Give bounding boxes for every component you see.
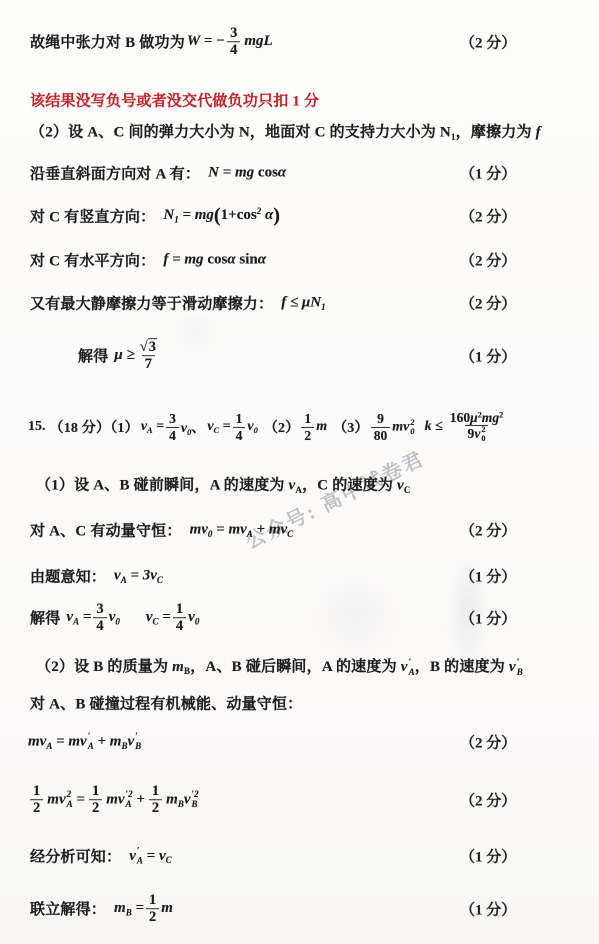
math-run: v0、 xyxy=(181,417,205,437)
frac-den: 2 xyxy=(30,800,43,817)
text-part: （2）设 B 的质量为 xyxy=(36,659,172,675)
sub: C xyxy=(157,575,163,585)
line-label: 经分析可知： xyxy=(30,846,121,867)
math-run: vA = xyxy=(141,419,164,435)
fraction: 34 xyxy=(227,25,240,59)
score-badge: （1 分） xyxy=(460,608,516,629)
line-text: 故绳中张力对 B 做功为 xyxy=(30,32,185,53)
math-part: mv xyxy=(28,733,46,749)
function-name: sin xyxy=(239,252,257,268)
frac-num: 3 xyxy=(166,411,179,426)
math-run: vA = xyxy=(66,610,91,627)
line-label: 由题意知： xyxy=(30,566,106,587)
score-badge: （2 分） xyxy=(460,732,516,753)
line-label: 联立解得： xyxy=(30,899,106,920)
paren-close: ) xyxy=(273,205,280,227)
function-name: cos xyxy=(237,207,257,223)
text-part: （3） xyxy=(333,417,369,437)
math-part: v xyxy=(509,659,516,675)
stack-bottom: A xyxy=(126,800,132,810)
math-part: v xyxy=(188,610,195,626)
fraction: 160μ2mg29v20 xyxy=(447,410,506,444)
math-run: m xyxy=(316,419,327,435)
line-text: 对 A、B 碰撞过程有机械能、动量守恒： xyxy=(30,693,302,714)
frac-den: 4 xyxy=(233,426,246,442)
math-part: mg xyxy=(482,410,499,425)
frac-den: 4 xyxy=(227,42,240,59)
frac-den: 4 xyxy=(93,618,106,635)
math-run: N1 = mg(1+cos2 α) xyxy=(163,205,280,228)
math-part: N xyxy=(163,207,174,223)
math-part: α xyxy=(258,252,266,268)
sub: C xyxy=(287,529,293,539)
frac-den: 7 xyxy=(142,356,155,373)
score-badge: （1 分） xyxy=(460,346,516,367)
score-badge: （1 分） xyxy=(460,899,516,920)
math-part: v xyxy=(397,478,404,494)
frac-num: 3 xyxy=(227,25,240,41)
math-run: k ≤ xyxy=(425,419,443,435)
sup-sub-stack: 20 xyxy=(481,426,485,444)
note-text: 该结果没写负号或者没交代做负功只扣 1 分 xyxy=(30,90,319,111)
math-run: f ≤ μN1 xyxy=(281,295,325,312)
math-part: = xyxy=(159,610,171,626)
math-run: vC = xyxy=(207,419,230,435)
answer-sheet-page: 公众号: 高中试卷君 故绳中张力对 B 做功为W = −34mgL （2 分） … xyxy=(0,0,599,944)
line-label: 又有最大静摩擦力等于滑动摩擦力： xyxy=(30,293,273,314)
line-label: 解得 xyxy=(78,346,108,367)
math-part: = xyxy=(79,610,91,626)
fraction: 12 xyxy=(30,783,43,817)
math-run: v0 xyxy=(247,419,257,435)
math-part: = mv xyxy=(212,522,246,538)
math-part: m xyxy=(172,659,184,675)
math-run: v′A = vC xyxy=(129,846,171,866)
math-part: = xyxy=(132,901,144,917)
stack-bottom: B xyxy=(135,742,141,752)
sub: 0 xyxy=(195,617,200,627)
frac-num: 1 xyxy=(89,783,102,799)
frac-num: 1 xyxy=(173,601,186,617)
math-run: mv0 = mvA + mvC xyxy=(190,522,294,539)
frac-num: 1 xyxy=(149,783,162,799)
frac-den: 4 xyxy=(166,426,179,442)
math-part: = xyxy=(219,419,230,434)
radicand: 3 xyxy=(148,338,157,355)
score-badge: （1 分） xyxy=(460,566,516,587)
math-part: f = mg xyxy=(163,252,207,268)
math-part: + m xyxy=(94,733,122,749)
sup-sub-stack: ′2B xyxy=(192,790,199,810)
frac-den: 4 xyxy=(173,618,186,635)
math-part: + mv xyxy=(253,522,287,538)
fraction: 12 xyxy=(301,411,314,442)
sup-sub-stack: ′B xyxy=(517,657,523,677)
math-part: f xyxy=(536,125,541,141)
fraction: 34 xyxy=(93,601,106,635)
frac-num: 9 xyxy=(374,411,387,426)
math-run: mvA = mv′A + mBv′B xyxy=(28,732,141,752)
score-badge: （2 分） xyxy=(460,293,516,314)
question-number: 15. xyxy=(28,419,46,435)
sub: 1 xyxy=(321,302,326,312)
math-run: v0 xyxy=(188,610,199,627)
stack-bottom: B xyxy=(517,667,523,677)
sup-sub-stack: ′2A xyxy=(126,790,133,810)
line-label: 对 C 有水平方向： xyxy=(30,250,155,271)
stack-bottom: B xyxy=(192,800,198,810)
math-part: = mg xyxy=(179,207,214,223)
math-part: α xyxy=(261,207,273,223)
math-run: mv20 xyxy=(392,418,414,436)
line-label: 对 C 有竖直方向： xyxy=(30,206,155,227)
math-part: α xyxy=(227,252,239,268)
frac-num: 1 xyxy=(146,892,159,908)
score-badge: （2 分） xyxy=(460,250,516,271)
frac-num: √3 xyxy=(137,339,160,355)
score-badge: （1 分） xyxy=(460,163,516,184)
function-name: cos xyxy=(207,252,227,268)
fraction: 12 xyxy=(146,892,159,926)
math-part: α xyxy=(278,165,286,181)
math-run: mv2A = xyxy=(47,790,85,810)
math-part: m xyxy=(166,791,178,807)
line-text: （1）设 A、B 碰前瞬间，A 的速度为 vA，C 的速度为 vC xyxy=(36,474,411,495)
sup-sub-stack: ′B xyxy=(135,732,141,752)
math-run: mBv′2B xyxy=(166,790,198,810)
math-part: = v xyxy=(143,847,166,863)
math-part: μ xyxy=(470,410,478,425)
frac-den: 2 xyxy=(89,800,102,817)
fraction: √37 xyxy=(137,339,160,373)
fraction: 980 xyxy=(371,411,391,442)
text-part: ，B 的速度为 xyxy=(415,659,509,675)
math-run: f = mg cosα sinα xyxy=(163,252,266,269)
fraction: 14 xyxy=(173,601,186,635)
math-run: vA = 3vC xyxy=(114,568,163,585)
frac-num: 1 xyxy=(233,411,246,426)
math-part: mv xyxy=(190,522,208,538)
text-part: ，A、B 碰后瞬间，A 的速度为 xyxy=(190,659,401,675)
frac-num: 1 xyxy=(30,783,43,799)
frac-num: 160μ2mg2 xyxy=(447,410,506,425)
stack-bottom: 0 xyxy=(410,427,414,436)
text-part: ，C 的速度为 xyxy=(302,478,397,494)
math-run: W = − xyxy=(187,34,225,51)
line-label: 解得 xyxy=(30,608,60,629)
math-run: m xyxy=(161,901,173,918)
math-part: = mv xyxy=(52,733,86,749)
frac-den: 2 xyxy=(146,909,159,926)
math-part: v xyxy=(146,610,153,626)
frac-den: 2 xyxy=(149,800,162,817)
stack-bottom: 0 xyxy=(481,435,485,444)
math-part: v xyxy=(401,659,408,675)
text-part: ，摩擦力为 xyxy=(456,125,536,141)
frac-den: 80 xyxy=(371,426,391,442)
math-part: v xyxy=(129,847,136,863)
score-badge: （2 分） xyxy=(460,520,516,541)
text-part: （18 分）（1） xyxy=(50,417,139,437)
fraction: 12 xyxy=(149,783,162,817)
math-part: 1+ xyxy=(221,207,237,223)
math-part: v xyxy=(127,733,134,749)
line-label: 对 A、C 有动量守恒： xyxy=(30,520,182,541)
text-part: （1）设 A、B 碰前瞬间，A 的速度为 xyxy=(36,478,289,494)
math-run: vC = xyxy=(146,610,171,627)
math-part: = xyxy=(153,419,164,434)
math-part: mv xyxy=(106,791,124,807)
frac-num: 3 xyxy=(93,601,106,617)
sup-sub-stack: 20 xyxy=(410,418,414,436)
radical-sign: √ xyxy=(140,339,148,355)
sub: 0 xyxy=(254,426,258,435)
function-name: cos xyxy=(258,165,278,181)
fraction: 34 xyxy=(166,411,179,442)
math-run: v0 xyxy=(109,610,120,627)
math-part: = xyxy=(73,791,85,807)
line-label: 沿垂直斜面方向对 A 有： xyxy=(30,163,200,184)
math-part: 160 xyxy=(450,410,470,425)
stack-top: 2 xyxy=(410,418,414,427)
math-run: μ ≥ xyxy=(114,348,134,365)
score-badge: （2 分） xyxy=(460,32,516,53)
math-part: + xyxy=(133,791,145,807)
math-run: mv′2A + xyxy=(106,790,145,810)
frac-num: 1 xyxy=(301,411,314,426)
math-run: N = mg cosα xyxy=(208,165,286,182)
math-part: = 3v xyxy=(127,568,157,584)
score-badge: （1 分） xyxy=(460,846,516,867)
math-part: m xyxy=(114,901,126,917)
sub: 0 xyxy=(115,617,120,627)
line-text: （2）设 B 的质量为 mB，A、B 碰后瞬间，A 的速度为 v′A，B 的速度… xyxy=(36,655,523,677)
sup: 2 xyxy=(499,410,503,419)
fraction: 14 xyxy=(233,411,246,442)
text-part: （2） xyxy=(264,417,300,437)
score-badge: （2 分） xyxy=(460,206,516,227)
text-part: 、 xyxy=(191,421,205,436)
math-run: mgL xyxy=(244,34,272,51)
frac-den: 9v20 xyxy=(465,425,489,444)
sub: C xyxy=(166,855,172,865)
math-part: f ≤ μN xyxy=(281,295,321,311)
math-part: mv xyxy=(47,791,65,807)
paren-open: ( xyxy=(214,205,221,227)
math-part: v xyxy=(114,568,121,584)
frac-den: 2 xyxy=(301,426,314,442)
score-badge: （2 分） xyxy=(460,790,516,811)
math-part: N = mg xyxy=(208,165,258,181)
math-part: v xyxy=(474,426,480,441)
text-part: （2）设 A、C 间的弹力大小为 N，地面对 C 的支持力大小为 N xyxy=(30,125,451,141)
math-run: mB = xyxy=(114,901,144,918)
fraction: 12 xyxy=(89,783,102,817)
sub: C xyxy=(404,485,411,495)
math-part: v xyxy=(184,791,191,807)
math-part: mv xyxy=(392,419,409,434)
line-text: （2）设 A、C 间的弹力大小为 N，地面对 C 的支持力大小为 N1，摩擦力为… xyxy=(30,121,541,142)
